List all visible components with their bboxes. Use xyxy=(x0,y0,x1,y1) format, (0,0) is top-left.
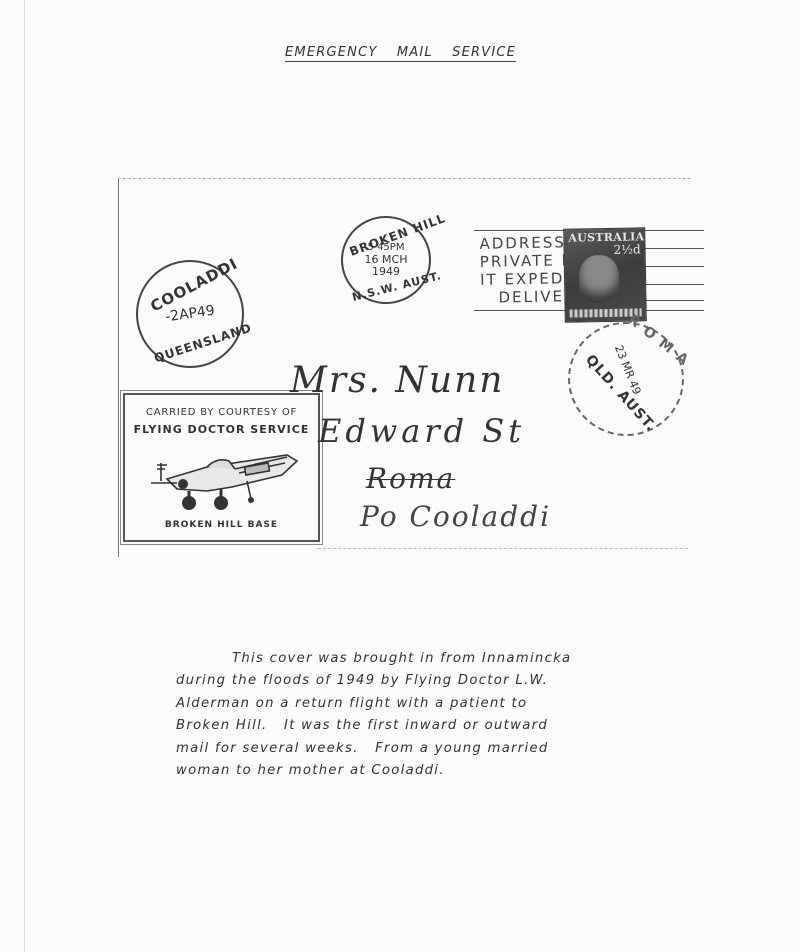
postage-stamp: AUSTRALIA 2½d xyxy=(563,227,647,322)
description-line: Alderman on a return flight with a patie… xyxy=(176,693,646,715)
description-line: mail for several weeks. From a young mar… xyxy=(176,738,646,760)
cachet-line-1: CARRIED BY COURTESY OF xyxy=(125,407,318,418)
address-line-town: Roma xyxy=(366,462,455,495)
slogan-cancel-text: ADDRESS PRIVATE B IT EXPED DELIVE xyxy=(479,233,574,307)
airplane-icon xyxy=(147,447,302,512)
cachet-line-3: BROKEN HILL BASE xyxy=(125,520,318,530)
description-line: during the floods of 1949 by Flying Doct… xyxy=(176,670,646,692)
envelope-bottom-edge xyxy=(318,548,688,550)
address-line-redirect: Po Cooladdi xyxy=(360,500,551,533)
postmark-cooladdi: COOLADDI -2AP49 QUEENSLAND xyxy=(136,260,244,368)
address-line-street: Edward St xyxy=(318,412,525,450)
stamp-value: 2½d xyxy=(613,242,640,256)
description-line: woman to her mother at Cooladdi. xyxy=(176,760,646,782)
description-paragraph: This cover was brought in from Innaminck… xyxy=(176,648,646,782)
description-line: This cover was brought in from Innaminck… xyxy=(176,648,646,670)
page-title: EMERGENCY MAIL SERVICE xyxy=(285,45,516,62)
address-line-name: Mrs. Nunn xyxy=(290,360,505,401)
postmark-broken-hill: BROKEN HILL 5 45PM 16 MCH 1949 N.S.W. AU… xyxy=(341,216,431,304)
description-line: Broken Hill. It was the first inward or … xyxy=(176,715,646,737)
page-left-edge xyxy=(24,0,25,952)
flying-doctor-cachet: CARRIED BY COURTESY OF FLYING DOCTOR SER… xyxy=(123,393,320,542)
cachet-line-2: FLYING DOCTOR SERVICE xyxy=(125,423,318,436)
stamp-portrait-icon xyxy=(579,255,620,304)
